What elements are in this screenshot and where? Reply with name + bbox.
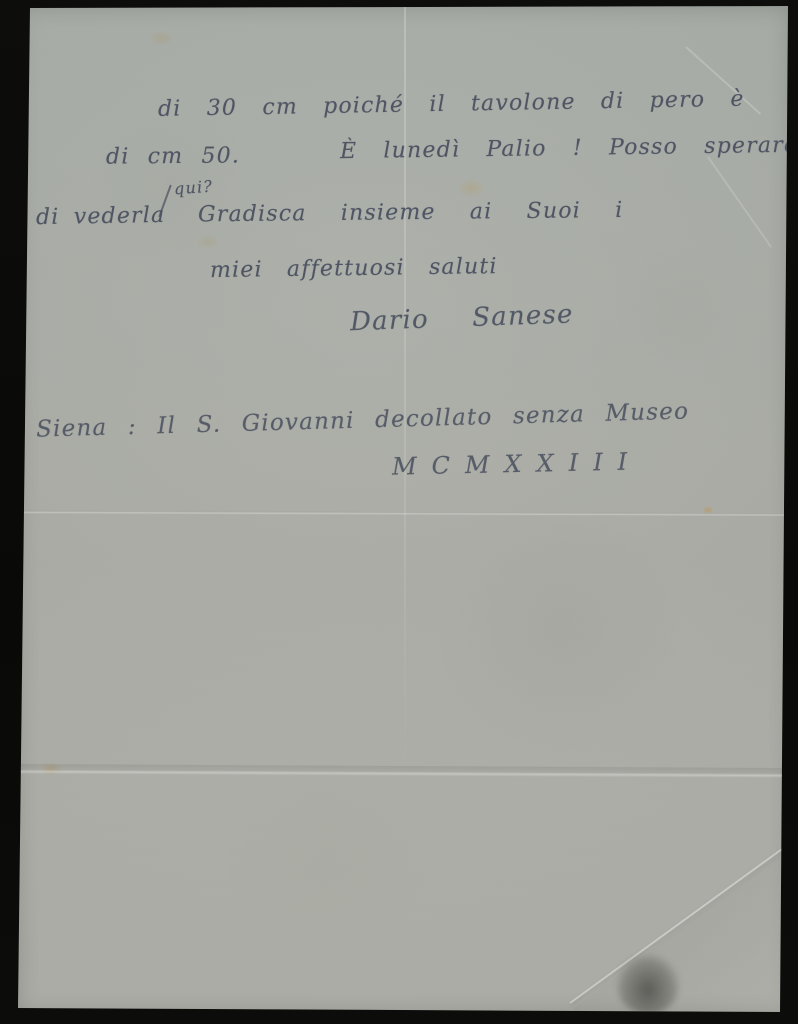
handwriting-line-3-right: Gradisca insieme ai Suoi i xyxy=(198,198,653,228)
handwriting-line-3-left: di vederla xyxy=(36,203,166,230)
letter-paper: di 30 cm poiché il tavolone di pero è di… xyxy=(18,6,790,1014)
date-roman-numeral: MCMXXIII xyxy=(392,447,643,480)
handwriting-insertion: qui? xyxy=(173,177,213,199)
handwriting-line-4: miei affettuosi saluti xyxy=(210,254,510,283)
handwriting-line-2-left: di cm 50. xyxy=(106,143,240,169)
